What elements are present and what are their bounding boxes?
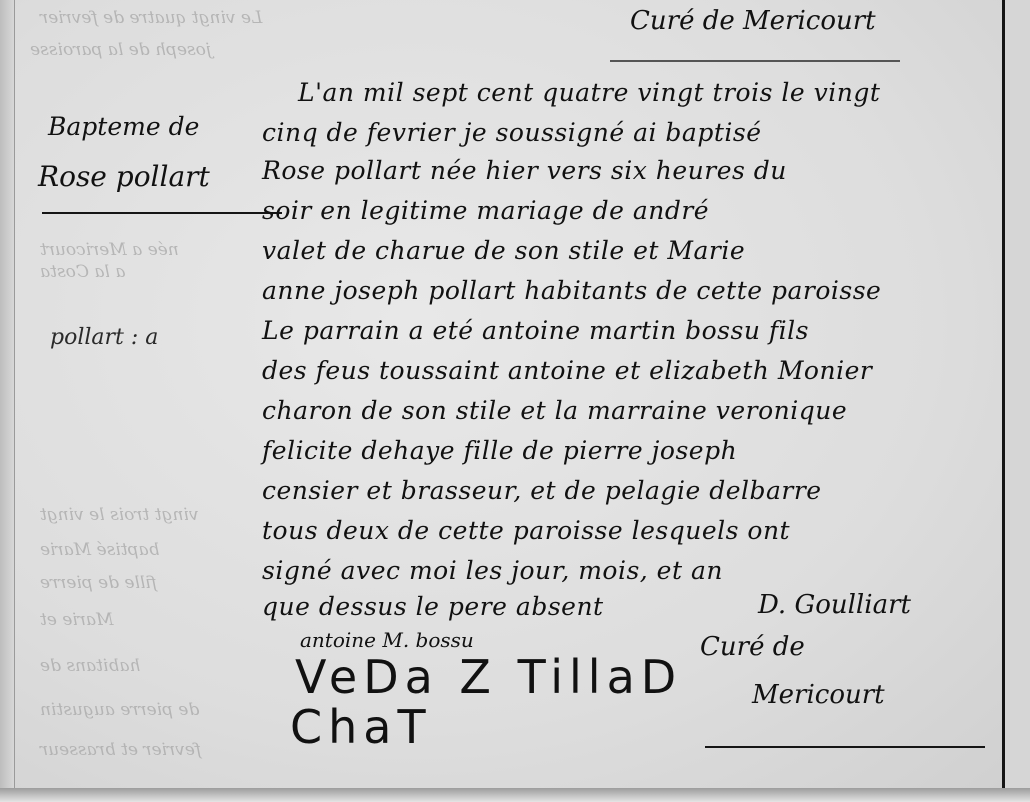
margin-note: pollart : a (50, 325, 158, 350)
bleed-through-text: habitans de (40, 656, 140, 676)
bleed-through-text: fevrier et brasseur (40, 740, 201, 760)
body-line-8: des feus toussaint antoine et elizabeth … (262, 356, 872, 385)
signature-priest: D. Goulliart (758, 590, 911, 620)
priest-title-line1: Curé de (700, 632, 805, 662)
page-bottom-edge (0, 788, 1030, 802)
body-line-3: Rose pollart née hier vers six heures du (262, 156, 787, 185)
body-line-5: valet de charue de son stile et Marie (262, 236, 745, 265)
register-page: Le vingt quatre de fevrier joseph de la … (0, 0, 1030, 802)
page-left-edge (0, 0, 15, 802)
signature-godfather: antoine M. bossu (300, 628, 474, 652)
margin-rule (1002, 0, 1005, 790)
body-line-10: felicite dehaye fille de pierre joseph (262, 436, 737, 465)
bleed-through-text: fille de pierre (40, 573, 157, 593)
signature-godmother-line1: VeDa Z TillaD (295, 650, 682, 704)
body-line-1: L'an mil sept cent quatre vingt trois le… (298, 78, 880, 107)
bleed-through-text: née a Mericourt (40, 240, 179, 260)
margin-title-underline (42, 212, 282, 214)
bleed-through-text: joseph de la paroisse (30, 40, 211, 60)
adjacent-page-strip (1005, 0, 1030, 802)
body-line-4: soir en legitime mariage de andré (262, 196, 709, 225)
body-line-11: censier et brasseur, et de pelagie delba… (262, 476, 822, 505)
bleed-through-text: Marie et (40, 610, 113, 630)
body-line-2: cinq de fevrier je soussigné ai baptisé (262, 118, 762, 147)
margin-title-line1: Bapteme de (48, 112, 199, 141)
body-line-7: Le parrain a eté antoine martin bossu fi… (262, 316, 809, 345)
bleed-through-text: Le vingt quatre de fevrier (40, 8, 262, 28)
header-divider (610, 60, 900, 62)
body-line-14: que dessus le pere absent (262, 592, 604, 621)
header-parish: Curé de Mericourt (630, 6, 876, 36)
margin-title-line2: Rose pollart (38, 160, 210, 193)
bleed-through-text: a la Costa (40, 262, 125, 282)
priest-title-line2: Mericourt (752, 680, 885, 710)
body-line-6: anne joseph pollart habitants de cette p… (262, 276, 881, 305)
bleed-through-text: de pierre augustin (40, 700, 199, 720)
body-line-12: tous deux de cette paroisse lesquels ont (262, 516, 790, 545)
closing-rule (705, 746, 985, 748)
bleed-through-text: baptisé Marie (40, 540, 160, 560)
signature-godmother-line2: ChaT (290, 700, 432, 754)
body-line-9: charon de son stile et la marraine veron… (262, 396, 847, 425)
bleed-through-text: vingt trois le vingt (40, 505, 198, 525)
body-line-13: signé avec moi les jour, mois, et an (262, 556, 723, 585)
